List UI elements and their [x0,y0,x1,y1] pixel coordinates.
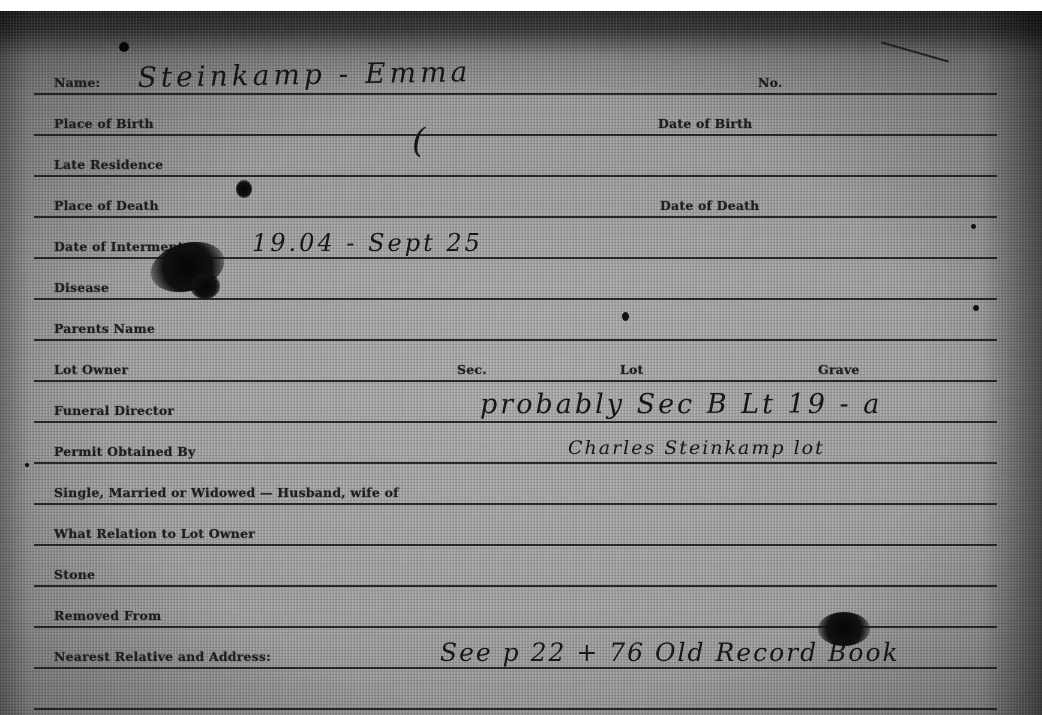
rule-line [34,175,997,177]
removed-from-label: Removed From [54,608,161,623]
late-residence-label: Late Residence [54,157,163,172]
permit-obtained-by-value: Charles Steinkamp lot [568,437,825,459]
permit-obtained-by-label: Permit Obtained By [54,444,196,459]
burial-record-card: Name: Steinkamp - Emma No. Place of Birt… [0,11,1042,715]
rule-line [34,708,997,710]
speck [119,42,129,52]
pen-stroke [881,41,949,62]
disease-label: Disease [54,280,109,295]
lot-owner-label: Lot Owner [54,362,128,377]
no-label: No. [758,75,783,90]
date-of-interment-value: 19.04 - Sept 25 [252,229,483,257]
rule-line [34,339,997,341]
speck [25,463,29,467]
nearest-relative-label: Nearest Relative and Address: [54,649,271,664]
rule-line [34,380,997,382]
rule-line [34,134,997,136]
rule-line [34,585,997,587]
name-value: Steinkamp - Emma [137,55,471,94]
stone-label: Stone [54,567,95,582]
speck [622,312,629,321]
rule-line [34,462,997,464]
date-of-birth-label: Date of Birth [658,116,752,131]
place-of-death-label: Place of Death [54,198,159,213]
ink-blot [818,612,870,646]
funeral-director-label: Funeral Director [54,403,174,418]
ink-blot [190,273,220,299]
rule-line [34,298,997,300]
name-label: Name: [54,75,100,90]
rule-line [34,667,997,669]
rule-line [34,421,997,423]
speck [973,305,979,311]
rule-line [34,216,997,218]
rule-line [34,503,997,505]
funeral-director-value: probably Sec B Lt 19 - a [480,389,882,420]
card-shadow-edge [0,11,30,715]
grave-label: Grave [818,362,860,377]
parents-name-label: Parents Name [54,321,155,336]
sec-label: Sec. [457,362,487,377]
rule-line [34,544,997,546]
speck [971,224,976,229]
place-of-birth-value: ( [412,121,425,161]
relation-to-lot-owner-label: What Relation to Lot Owner [54,526,255,541]
marital-status-label: Single, Married or Widowed — Husband, wi… [54,485,399,500]
rule-line [34,93,997,95]
ink-spot [236,180,252,198]
place-of-birth-label: Place of Birth [54,116,154,131]
lot-label: Lot [620,362,644,377]
date-of-death-label: Date of Death [660,198,759,213]
